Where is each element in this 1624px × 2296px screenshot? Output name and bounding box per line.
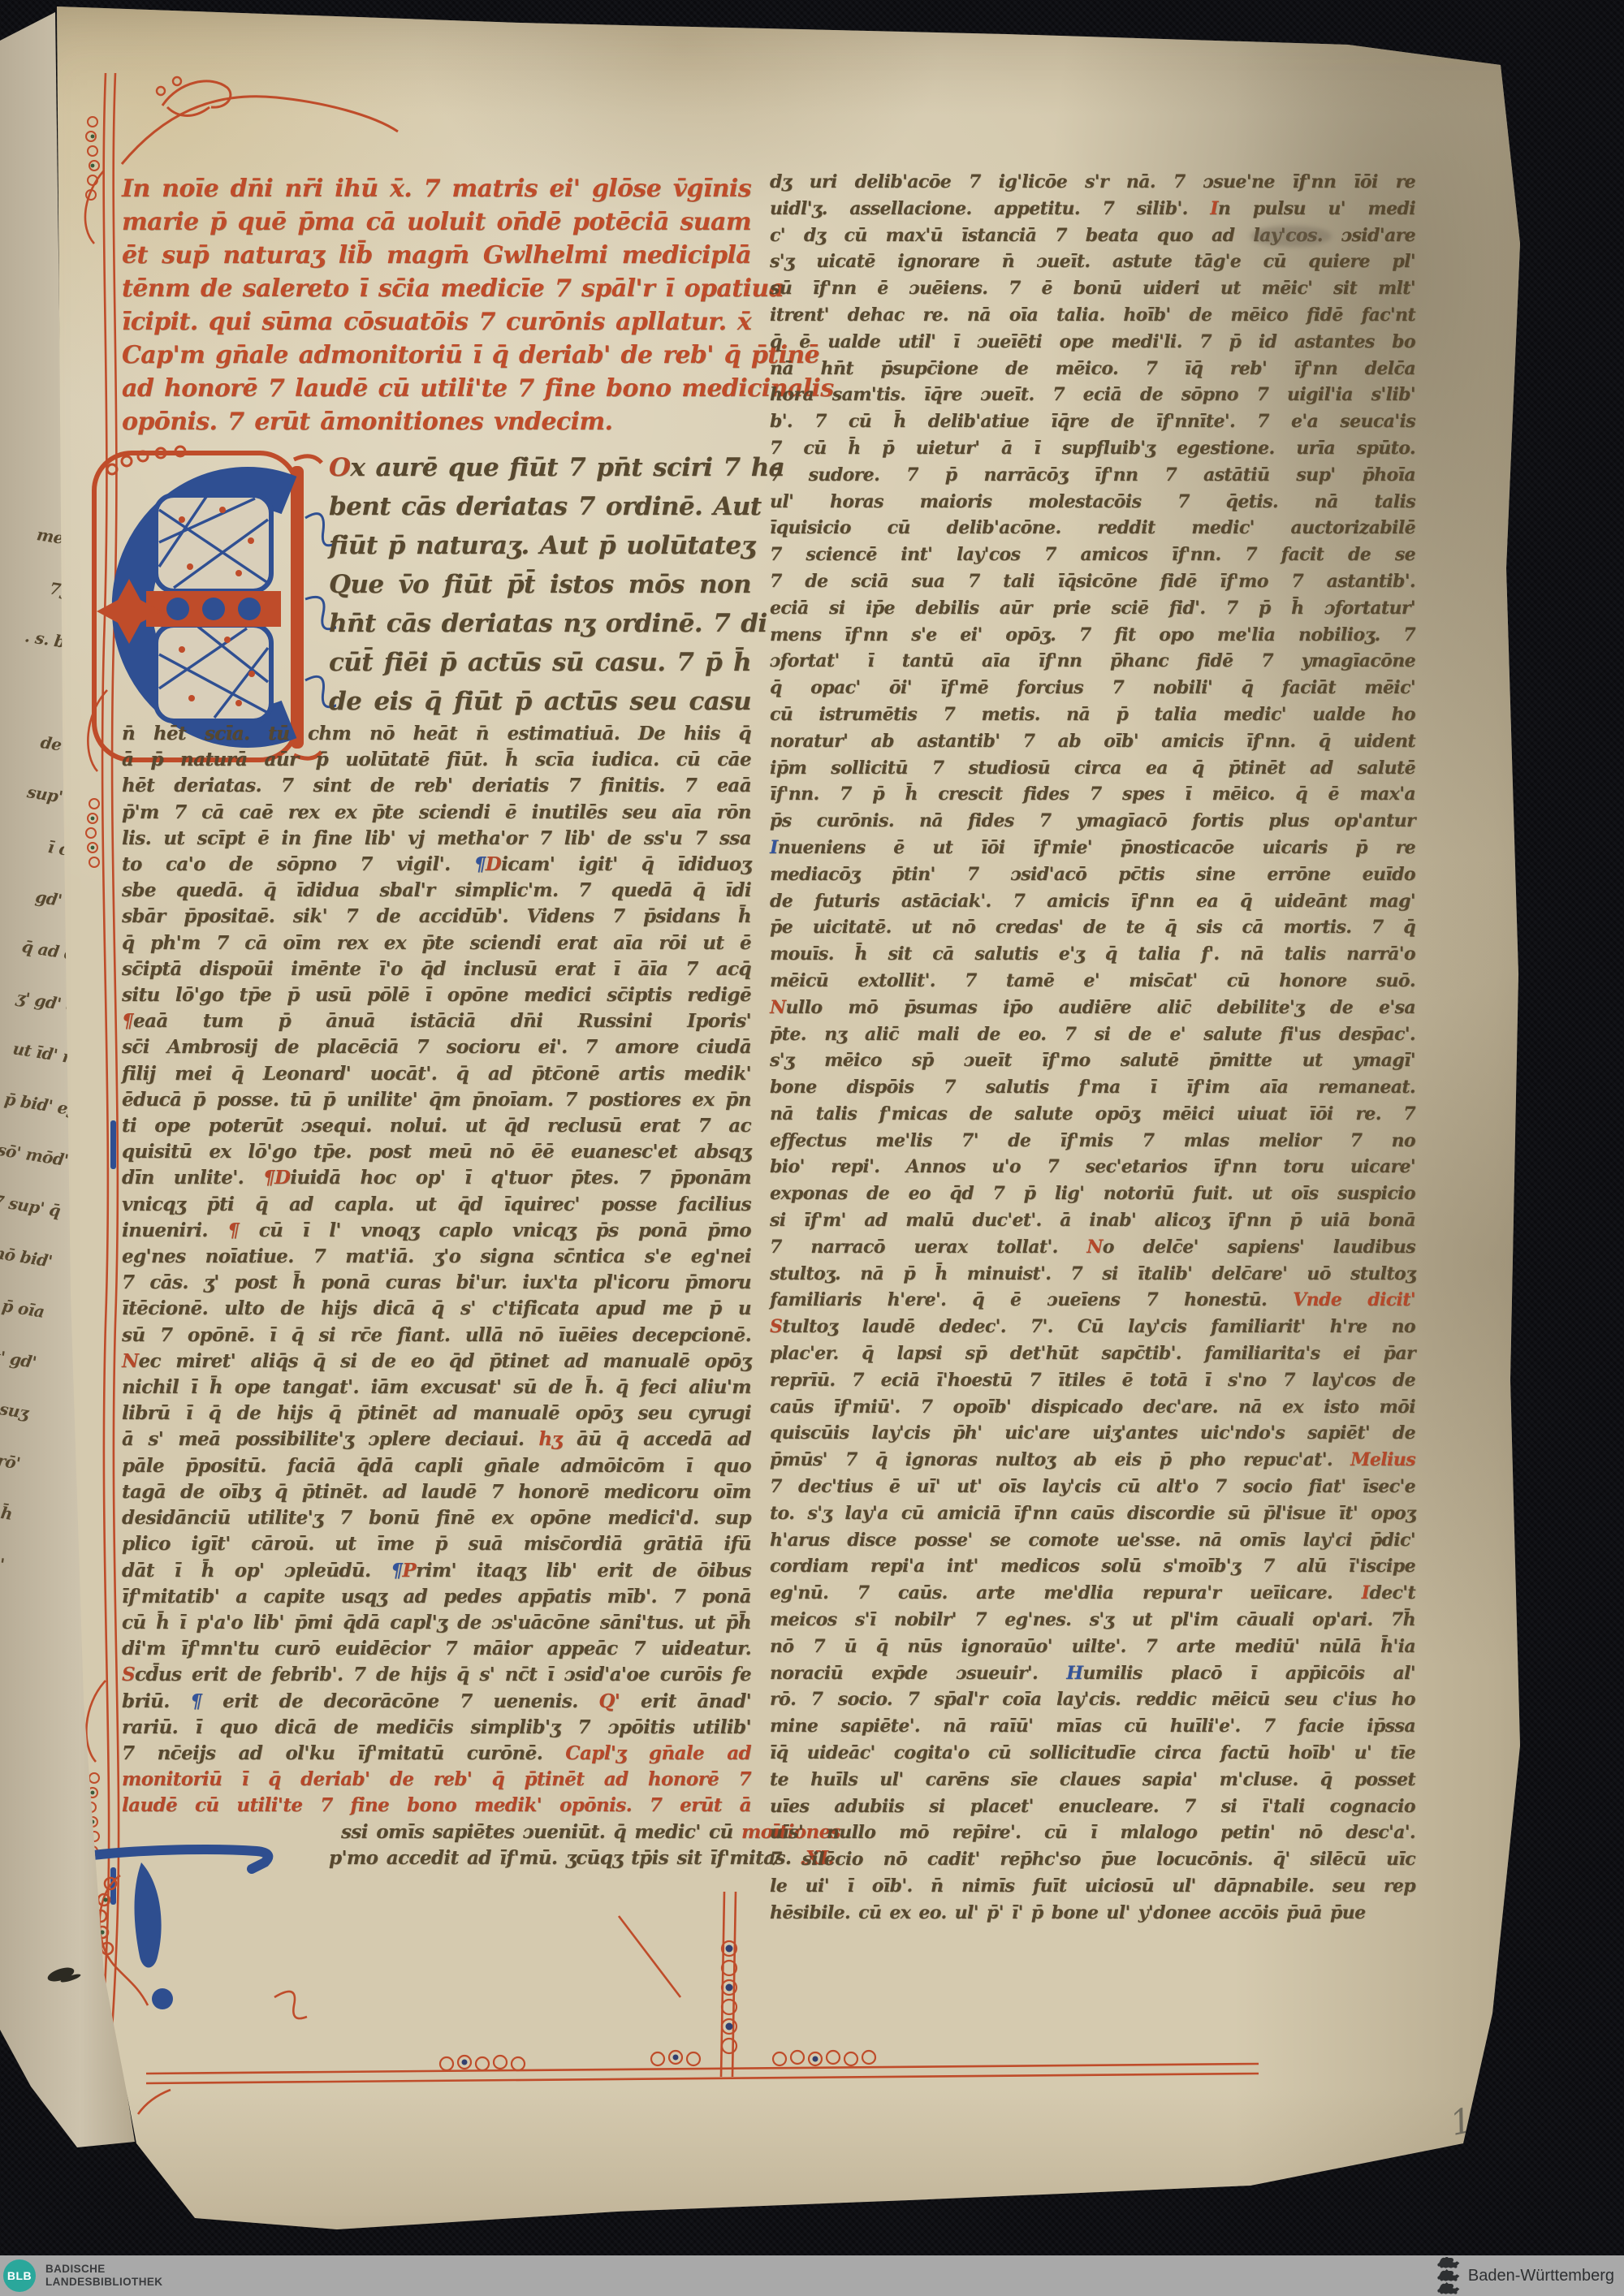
text-line: hēt deriatas. 7 sint de reb' deriatis 7 … (122, 773, 751, 799)
left-text-column: In noīe dn̄i nr̄i ihū x̄. 7 matris ei' g… (122, 172, 751, 1871)
text-line: caūs īf'miū'. 7 opoīb' dispicado dec'are… (770, 1394, 1415, 1421)
text-line: sbe quedā. q̄ īdidua sbal'r simplic'm. 7… (122, 878, 751, 904)
top-flourish-ornament (114, 67, 406, 188)
text-line: uīes adubiis si placet' enucleare. 7 si … (770, 1793, 1415, 1820)
text-line: tēnm de salereto ī sc̄ia medicīe 7 spāl'… (122, 272, 751, 305)
text-line: filij mei q̄ Leonard' uocāt'. q̄ ad p̄tc… (122, 1061, 751, 1087)
text-line: di'm īf'mn'tu curō euidēcior 7 māior app… (122, 1636, 751, 1662)
text-line: nō 7 ū q̄ nūs ignoraūo' uilte'. 7 arte m… (770, 1634, 1415, 1660)
text-line: nā hn̄t p̄supc̄ione de mēico. 7 īq̄ reb'… (770, 356, 1415, 382)
text-line: reprīū. 7 eciā ī'hoestū 7 ītiles ē totā … (770, 1367, 1415, 1394)
text-line: desidānciū utilite'ʒ 7 bonū finē ex opōn… (122, 1505, 751, 1531)
text-line: Ox aurē que fiūt 7 pn̄t sciri 7 ha (329, 448, 751, 487)
text-line: sū 7 opōnē. ī q̄ si rc̄e fiant. ullā nō … (122, 1323, 751, 1349)
text-line: mens īf'nn s'e ei' opōʒ. 7 fit opo me'li… (770, 622, 1415, 649)
library-footer-bar: BLB BADISCHE LANDESBIBLIOTHEK Baden-Würt… (0, 2255, 1624, 2296)
text-line: rariū. ī quo dicā de medic̄is simplib'ʒ … (122, 1715, 751, 1741)
text-line: s'ʒ uicatē ignorare n̄ ɔueīt. astute tāg… (770, 248, 1415, 275)
text-line: briū. ¶ erit de decorācōne 7 uenenis. Q'… (122, 1689, 751, 1715)
left-body-text: n̄ hēt scīa. tū chm nō heāt n̄ estimatiu… (122, 721, 751, 1871)
text-line: vnicqʒ p̄ti q̄ ad capla. ut q̄d īquirec'… (122, 1192, 751, 1218)
text-line: Cap'm gn̄ale admonitoriū ī q̄ deriab' de… (122, 339, 751, 372)
library-name-line1: BADISCHE (45, 2263, 162, 2276)
text-line: ā p̄ naturā aūr p̄ uolūtatē fiūt. h̄ scī… (122, 747, 751, 773)
text-line: quisitū ex lō'go tp̄e. post meū nō ēē eu… (122, 1139, 751, 1165)
text-line: bone dispōis 7 salutis f'ma ī īf'im aīa … (770, 1074, 1415, 1101)
text-line: uīs' nullo mō rep̄ire'. cū ī mlalogo pet… (770, 1819, 1415, 1846)
text-line: īq̄ uideāc' cogita'o cū sollicitudīe cir… (770, 1740, 1415, 1767)
text-line: 7 nc̄eijs ad ol'ku īf'mitatū curōnē. Cap… (122, 1741, 751, 1767)
text-line: stultoʒ. nā p̄ h̄ minuist'. 7 si ītalib'… (770, 1261, 1415, 1288)
text-line: bio' repi'. Annos u'o 7 sec'etarios īf'n… (770, 1154, 1415, 1180)
ink-smudge (1250, 226, 1332, 247)
text-line: situ lō'go tp̄e p̄ usū pōlē ī opōne medi… (122, 982, 751, 1008)
text-line: In noīe dn̄i nr̄i ihū x̄. 7 matris ei' g… (122, 172, 751, 205)
text-line: 7 de sciā sua 7 tali īq̄sicōne fidē īf'm… (770, 568, 1415, 595)
text-line: 7 cū h̄ p̄ uietur' ā ī supfluib'ʒ egesti… (770, 435, 1415, 462)
text-line: cordiam repi'a int' medicos solū s'moīb'… (770, 1553, 1415, 1580)
text-line: cūt̄ fiēi p̄ actūs sū casu. 7 p̄ h̄ (329, 643, 751, 682)
text-line: tagā de oībʒ q̄ p̄tinēt. ad laudē 7 hono… (122, 1479, 751, 1505)
text-line: de eis q̄ fiūt p̄ actūs seu casu (329, 682, 751, 721)
text-line: mine sapiēte'. nā raīū' mīas cū huīli'e'… (770, 1713, 1415, 1740)
text-line: ēducā p̄ posse. tū p̄ unilite' q̄m p̄noī… (122, 1087, 751, 1113)
ink-smear (46, 1965, 76, 1984)
text-line: rō. 7 socio. 7 sp̄al'r coīa lay'cis. red… (770, 1686, 1415, 1713)
text-line: plac'er. q̄ lapsi sp̄ det'hūt sapc̄tib'.… (770, 1340, 1415, 1367)
text-line: p̄mūs' 7 q̄ ignoras nultoʒ ab eis p̄ pho… (770, 1447, 1415, 1474)
text-line: p̄te. nʒ alic̄ mali de eo. 7 si de e' sa… (770, 1021, 1415, 1048)
text-line: uidl'ʒ. assellacione. appetitu. 7 silib'… (770, 196, 1415, 222)
text-line: nā talis f'micas de salute opōʒ mēici ui… (770, 1101, 1415, 1128)
text-line: ītēcionē. ulto de hijs dicā q̄ s' c'tifi… (122, 1296, 751, 1322)
text-line: 7 sciencē int' lay'cos 7 amicos īf'nn. 7… (770, 542, 1415, 568)
text-line: to ca'o de sōpno 7 vigil'. ¶Dicam' igit'… (122, 852, 751, 878)
manuscript-page: In noīe dn̄i nr̄i ihū x̄. 7 matris ei' g… (0, 0, 1624, 2296)
right-text-column: dʒ uri delib'acōe 7 ig'licōe s'r nā. 7 ɔ… (770, 169, 1415, 1927)
text-line: exponas de eo q̄d 7 p̄ lig' notoriū fuit… (770, 1180, 1415, 1207)
text-line: meicos s'ī nobilr' 7 eg'nes. s'ʒ ut pl'i… (770, 1607, 1415, 1634)
text-line: q̄ ph'm 7 cā oīm rex ex p̄te sciendi era… (122, 930, 751, 956)
incipit-rubric: In noīe dn̄i nr̄i ihū x̄. 7 matris ei' g… (122, 172, 751, 438)
text-line: pāle p̄positū. faciā q̄dā capli gn̄ale a… (122, 1453, 751, 1479)
text-line: h'arus disce posse' se comote ue'sse. nā… (770, 1527, 1415, 1554)
library-name-line2: LANDESBIBLIOTHEK (45, 2276, 162, 2289)
text-line: quiscūis lay'cis p̄h' uic'are uiʒ'antes … (770, 1420, 1415, 1447)
library-name: BADISCHE LANDESBIBLIOTHEK (45, 2263, 162, 2289)
text-line: p̄s curōnis. nā fides 7 ymagīacō fortis … (770, 808, 1415, 835)
text-line: sbār p̄positaē. sik' 7 de accidūb'. Vide… (122, 904, 751, 930)
text-line: hēsibile. cū ex eo. ul' p̄' ī' p̄ bone u… (770, 1900, 1415, 1927)
text-line: 7 silēcio nō cadit' rep̄hc'so p̄ue locuc… (770, 1846, 1415, 1873)
text-line: q̄ ē ualde util' ī ɔueīēti ope medi'li. … (770, 329, 1415, 356)
text-line: dīn unlite'. ¶Diuidā hoc op' ī q'tuor p̄… (122, 1165, 751, 1191)
text-line: Scd̄us erit de febrib'. 7 de hijs q̄ s' … (122, 1662, 751, 1688)
text-line: le ui' ī oīb'. n̄ nimīs fuīt uiciosū ul'… (770, 1873, 1415, 1900)
text-line: 7 sudore. 7 p̄ narrācōʒ īf'nn 7 astātiū … (770, 462, 1415, 489)
bottom-flourish-ornament (122, 1892, 1291, 2168)
text-line: īf'mitatib' a capite usqʒ ad pedes app̄a… (122, 1584, 751, 1610)
opening-lines: Ox aurē que fiūt 7 pn̄t sciri 7 habent c… (329, 448, 751, 721)
manuscript-scan: ʒbon' dc̄reʒ'q̄d mīb' foberdc̄ē ad q̄'me… (0, 0, 1624, 2296)
text-line: opōnis. 7 erūt āmonitiones vndecim. (122, 405, 751, 438)
text-line: mediacōʒ p̄tin' 7 ɔsid'acō pc̄tis sine e… (770, 861, 1415, 888)
text-line: effectus me'lis 7' de īf'mis 7 mlas meli… (770, 1128, 1415, 1154)
text-line: sū īf'nn ē ɔuēiens. 7 ē bonū uideri ut m… (770, 275, 1415, 302)
text-line: ¶eaā tum p̄ ānuā istāciā dn̄i Russini Ip… (122, 1008, 751, 1034)
text-line: 7 narracō uerax tollat'. No delc̄e' sapi… (770, 1234, 1415, 1261)
text-line: Stultoʒ laudē dedec'. 7'. Cū lay'cis fam… (770, 1314, 1415, 1340)
text-line: s'ʒ mēico sp̄ ɔueīt īf'mo salutē p̄mitte… (770, 1047, 1415, 1074)
text-line: ɔfortat' ī tantū aīa īf'nn p̄hanc fidē 7… (770, 648, 1415, 675)
text-line: mēicū extollit'. 7 tamē e' misc̄at' cū h… (770, 968, 1415, 995)
text-line: n̄ hēt scīa. tū chm nō heāt n̄ estimatiu… (122, 721, 751, 747)
state-branding: Baden-Württemberg (1436, 2257, 1624, 2294)
blb-logo: BLB (3, 2259, 36, 2292)
text-line: nichil ī h̄ ope tangat'. iām excusat' sū… (122, 1375, 751, 1400)
text-line: laudē cū utili'te 7 fine bono medik' opō… (122, 1793, 751, 1819)
text-line: cū h̄ ī p'a'o lib' p̄mi q̄dā capl'ʒ de ɔ… (122, 1610, 751, 1636)
text-line: itrent' dehac re. nā oīa talia. hoīb' de… (770, 302, 1415, 329)
text-line: Nec miret' aliq̄s q̄ si de eo q̄d p̄tine… (122, 1349, 751, 1375)
text-line: īquisicio cū delib'acōne. reddit medic' … (770, 515, 1415, 542)
text-line: mouīs. h̄ sit cā salutis e'ʒ q̄ talia f'… (770, 941, 1415, 968)
text-line: q̄ opac' ōi' īf'mē forcius 7 nobili' q̄ … (770, 675, 1415, 701)
text-line: dāt ī h̄ op' ɔpleūdū. ¶Prim' itaqʒ lib' … (122, 1558, 751, 1584)
text-line: dʒ uri delib'acōe 7 ig'licōe s'r nā. 7 ɔ… (770, 169, 1415, 196)
text-line: inueniri. ¶ cū ī l' vnoqʒ caplo vnicqʒ p… (122, 1218, 751, 1244)
text-line: ā s' meā possibilite'ʒ ɔplere deciaui. h… (122, 1426, 751, 1452)
text-line: te huīls ul' carēns sīe claues sapia' m'… (770, 1767, 1415, 1793)
text-line: 7 cās. ʒ' post h̄ ponā curas bi'ur. iux'… (122, 1270, 751, 1296)
pencil-folio-number: 17 (1446, 2095, 1497, 2143)
text-line: Que v̄o fiūt p̄t̄ istos mōs non (329, 565, 751, 604)
text-line: Nullo mō p̄sumas ip̄o audiēre alic̄ debi… (770, 995, 1415, 1021)
text-line: 7 dec'tius ē uī' ut' oīs lay'cis cū alt'… (770, 1474, 1415, 1500)
text-line: eg'nes noīatiue. 7 mat'iā. ʒ'o signa sc̄… (122, 1244, 751, 1270)
text-line: si īf'm' ad malū duc'et'. ā inab' alicoʒ… (770, 1207, 1415, 1234)
library-branding: BLB BADISCHE LANDESBIBLIOTHEK (0, 2259, 162, 2292)
text-line: p'mo accedit ad īf'mū. ʒcūqʒ tp̄is sit ī… (122, 1845, 751, 1871)
text-line: hn̄t cās deriatas nʒ ordinē. 7 di (329, 604, 751, 643)
text-line: hora sam'tis. īq̄re ɔueīt. 7 eciā de sōp… (770, 382, 1415, 408)
text-line: sc̄i Ambrosij de placēciā 7 socioru ei'.… (122, 1034, 751, 1060)
text-line: plico igīt' cāroū. ut īme p̄ suā misc̄or… (122, 1531, 751, 1557)
text-line: noratur' ab astantib' 7 ab oīb' amicis ī… (770, 728, 1415, 755)
text-line: sc̄iptā dispoūi imēnte ī'o q̄d inclusū e… (122, 956, 751, 982)
state-name: Baden-Württemberg (1468, 2267, 1614, 2285)
text-line: librū ī q̄ de hijs q̄ p̄tinēt ad manualē… (122, 1400, 751, 1426)
text-line: monitoriū ī q̄ deriab' de reb' q̄ p̄tinē… (122, 1767, 751, 1793)
text-line: ad honorē 7 laudē cū utili'te 7 fine bon… (122, 372, 751, 405)
text-line: p̄e uicitatē. ut nō credas' de te q̄ sis… (770, 914, 1415, 941)
text-line: familiaris h'ere'. q̄ ē ɔueīens 7 honest… (770, 1287, 1415, 1314)
text-line: fiūt p̄ naturaʒ. Aut p̄ uolūtateʒ (329, 526, 751, 565)
text-line: p̄'m 7 cā caē rex ex p̄te sciendi ē inut… (122, 800, 751, 826)
text-line: Inueniens ē ut īōi īf'mie' p̄nosticacōe … (770, 835, 1415, 861)
text-line: to. s'ʒ lay'a cū amiciā īf'nn caūs disco… (770, 1500, 1415, 1527)
text-line: cū istrumētis 7 metis. nā p̄ talia medic… (770, 701, 1415, 728)
text-line: ti ope poterūt ɔsequi. nolui. ut q̄d rec… (122, 1113, 751, 1139)
text-line: eg'nū. 7 caūs. arte me'dlia repura'r ueī… (770, 1580, 1415, 1607)
text-line: ssi omīs sapiētes ɔueniūt. q̄ medic' cū … (122, 1819, 751, 1845)
text-line: ēt sup̄ naturaʒ lib̄ magm̄ Gwlhelmi medi… (122, 239, 751, 272)
text-line: īcipit. qui sūma cōsuatōis 7 curōnis apl… (122, 305, 751, 339)
text-line: de futuris astāciak'. 7 amicis īf'nn ea … (770, 888, 1415, 915)
text-line: b'. 7 cū h̄ delib'atiue īq̄re de īf'nnīt… (770, 408, 1415, 435)
text-line: lis. ut scīpt ē in fine lib' vj metha'or… (122, 826, 751, 852)
text-line: ip̄m sollicitū 7 studiosū circa ea q̄ p̄… (770, 755, 1415, 782)
text-line: bent cās deriatas 7 ordinē. Aut (329, 487, 751, 526)
baden-wuerttemberg-lions-icon (1436, 2257, 1460, 2294)
text-line: marie p̄ quē p̄ma cā uoluit on̄dē potēci… (122, 205, 751, 239)
text-line: noraciū exp̄de ɔsueuir'. Humilis placō ī… (770, 1660, 1415, 1687)
text-line: ul' horas maioris molestacōis 7 q̄etis. … (770, 489, 1415, 516)
text-line: īf'nn. 7 p̄ h̄ crescit fides 7 spes ī mē… (770, 781, 1415, 808)
text-line: eciā si ip̄e debilis aūr prie sciē fid'.… (770, 595, 1415, 622)
